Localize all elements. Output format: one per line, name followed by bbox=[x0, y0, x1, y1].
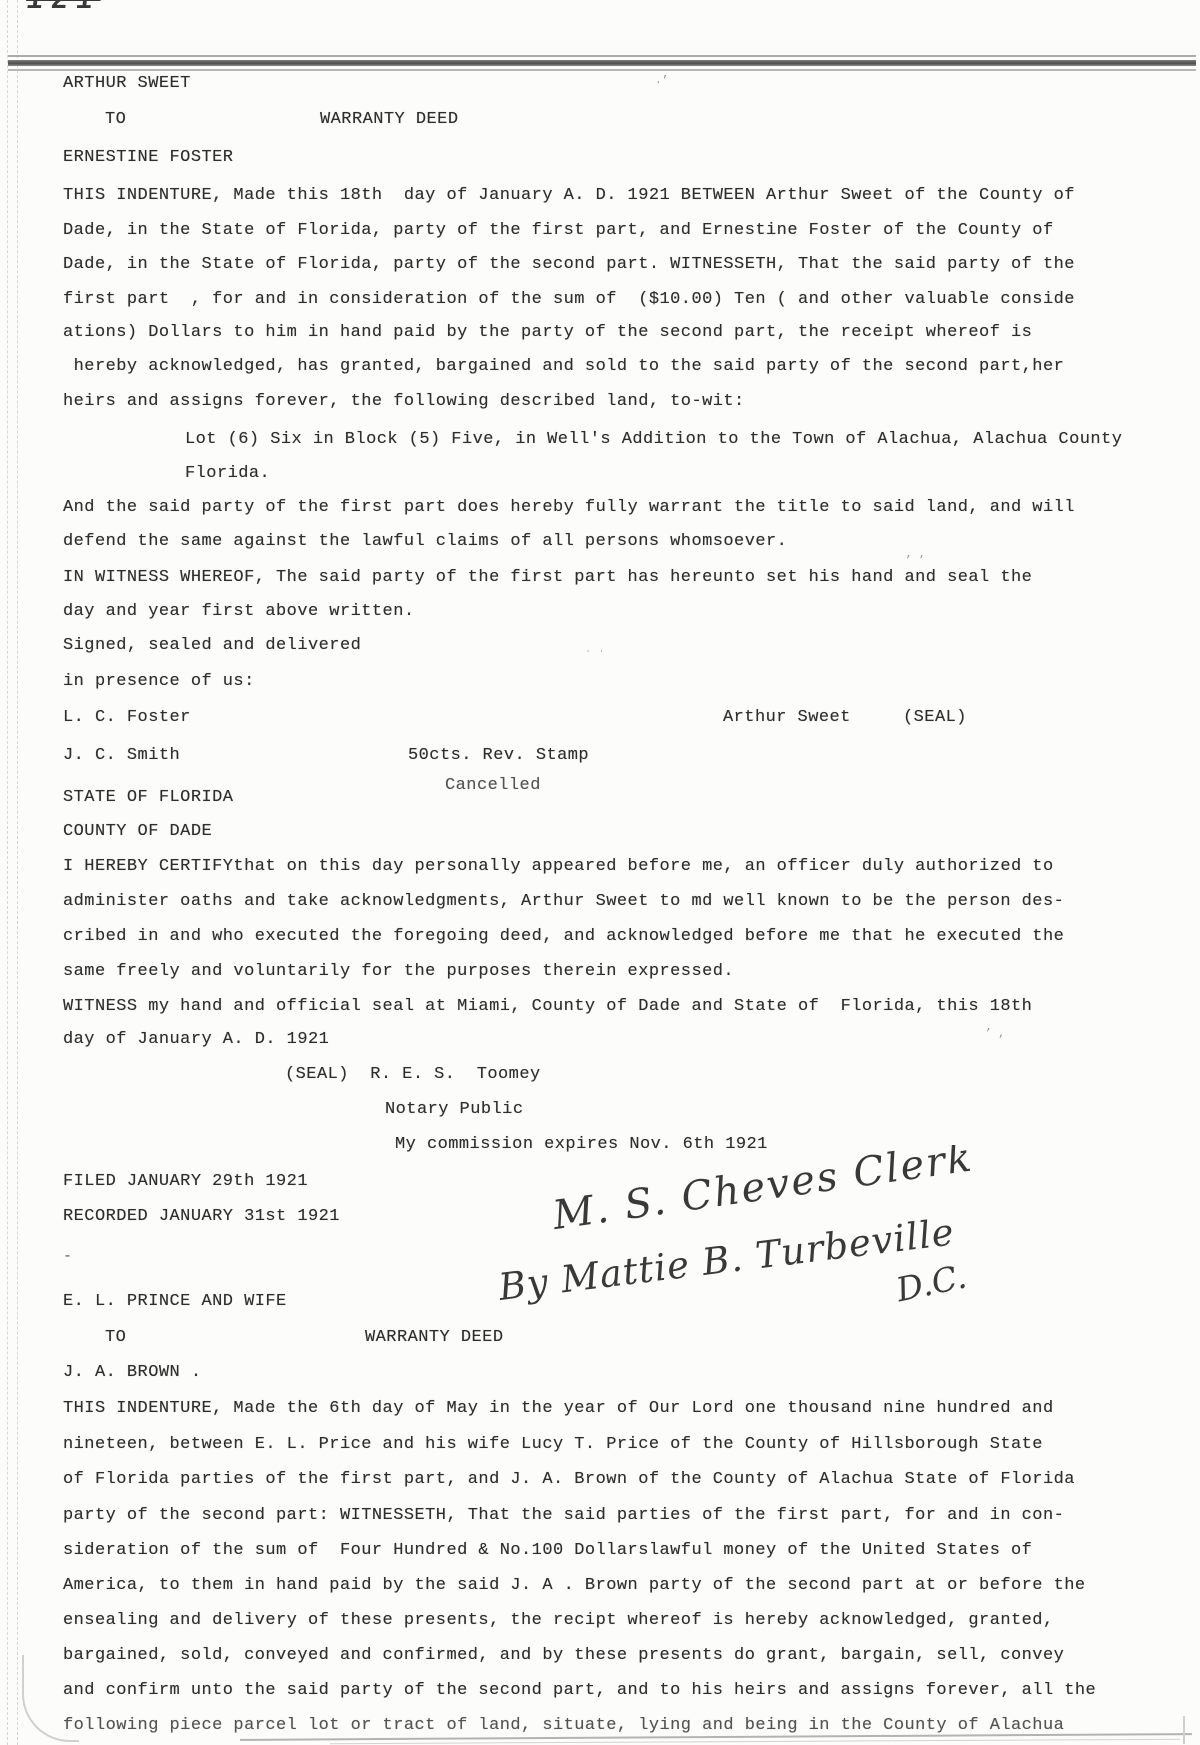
deed1-warranty-line: And the said party of the first part doe… bbox=[63, 498, 1075, 518]
deed1-body-line: ations) Dollars to him in hand paid by t… bbox=[63, 323, 1032, 343]
deed2-title: WARRANTY DEED bbox=[365, 1328, 503, 1348]
scan-speck: .’ bbox=[655, 75, 668, 87]
deed1-signer-name: Arthur Sweet bbox=[723, 708, 851, 728]
left-page-edge-line bbox=[7, 0, 8, 1745]
deed1-ack-line: administer oaths and take acknowledgment… bbox=[63, 892, 1064, 912]
deed1-presence: in presence of us: bbox=[63, 672, 255, 692]
deed2-grantor: E. L. PRINCE AND WIFE bbox=[63, 1292, 287, 1312]
left-page-edge-line-2 bbox=[17, 0, 18, 1745]
top-divider-rule bbox=[8, 55, 1196, 57]
deed1-filed-date: FILED JANUARY 29th 1921 bbox=[63, 1172, 308, 1192]
deed1-witness1-name: L. C. Foster bbox=[63, 708, 191, 728]
page-number: 121 bbox=[26, 0, 126, 16]
top-divider-rule-lower bbox=[8, 69, 1196, 71]
clerk-signature: M. S. Cheves Clerk By Mattie B. Turbevil… bbox=[470, 1145, 1000, 1320]
deed2-to-label: TO bbox=[105, 1328, 126, 1348]
deed1-warranty-line: defend the same against the lawful claim… bbox=[63, 532, 787, 552]
deed1-body-line: heirs and assigns forever, the following… bbox=[63, 392, 745, 412]
deed2-body-line: party of the second part: WITNESSETH, Th… bbox=[63, 1506, 1064, 1526]
deed1-body-line: THIS INDENTURE, Made this 18th day of Ja… bbox=[63, 186, 1075, 206]
deed1-to-label: TO bbox=[105, 110, 126, 130]
deed2-body-line: sideration of the sum of Four Hundred & … bbox=[63, 1541, 1032, 1561]
deed1-ack-witness-line: day of January A. D. 1921 bbox=[63, 1030, 329, 1050]
deed2-body-line: nineteen, between E. L. Price and his wi… bbox=[63, 1435, 1043, 1455]
scan-speck: ʿ ʿ bbox=[585, 650, 605, 662]
deed2-body-line: ensealing and delivery of these presents… bbox=[63, 1611, 1054, 1631]
deed1-grantee: ERNESTINE FOSTER bbox=[63, 148, 233, 168]
deed1-notary-seal-line: (SEAL) R. E. S. Toomey bbox=[285, 1065, 541, 1085]
deed2-body-line: bargained, sold, conveyed and confirmed,… bbox=[63, 1646, 1064, 1666]
scan-speck: ’ ’ bbox=[905, 555, 925, 567]
deed1-ack-line: I HEREBY CERTIFYthat on this day persona… bbox=[63, 857, 1054, 877]
deed1-revenue-stamp: 50cts. Rev. Stamp bbox=[408, 746, 589, 766]
deed1-witness-clause: day and year first above written. bbox=[63, 602, 415, 622]
deed1-land-description: Lot (6) Six in Block (5) Five, in Well's… bbox=[185, 430, 1122, 450]
deed1-ack-line: same freely and voluntarily for the purp… bbox=[63, 962, 734, 982]
deed1-land-description: Florida. bbox=[185, 464, 270, 484]
deed2-body-line: America, to them in hand paid by the sai… bbox=[63, 1576, 1086, 1596]
right-edge-tick bbox=[1183, 1716, 1185, 1744]
deed1-body-line: hereby acknowledged, has granted, bargai… bbox=[63, 357, 1064, 377]
deed1-seal-label: (SEAL) bbox=[903, 708, 967, 728]
deed1-notary-title: Notary Public bbox=[385, 1100, 523, 1120]
deed1-signed-sealed: Signed, sealed and delivered bbox=[63, 636, 361, 656]
deed1-stamp-cancelled: Cancelled bbox=[445, 776, 541, 796]
top-divider-rule-thick bbox=[8, 60, 1196, 66]
deed1-ack-county: COUNTY OF DADE bbox=[63, 822, 212, 842]
deed1-ack-line: cribed in and who executed the foregoing… bbox=[63, 927, 1064, 947]
deed1-body-line: Dade, in the State of Florida, party of … bbox=[63, 255, 1075, 275]
document-page: 121 ARTHUR SWEET TO WARRANTY DEED ERNEST… bbox=[0, 0, 1200, 1745]
deed1-body-line: Dade, in the State of Florida, party of … bbox=[63, 221, 1054, 241]
deed1-ack-state: STATE OF FLORIDA bbox=[63, 788, 233, 808]
deed1-witness-clause: IN WITNESS WHEREOF, The said party of th… bbox=[63, 568, 1032, 588]
deputy-initials-text: D.C. bbox=[892, 1257, 970, 1310]
deed1-grantor: ARTHUR SWEET bbox=[63, 74, 191, 94]
deed2-grantee: J. A. BROWN . bbox=[63, 1363, 201, 1383]
deed1-body-line: first part , for and in consideration of… bbox=[63, 290, 1075, 310]
deed2-body-line: and confirm unto the said party of the s… bbox=[63, 1681, 1096, 1701]
deed2-body-line: THIS INDENTURE, Made the 6th day of May … bbox=[63, 1399, 1054, 1419]
deed1-witness2-name: J. C. Smith bbox=[63, 746, 180, 766]
stray-mark: - bbox=[63, 1248, 72, 1265]
deed1-title: WARRANTY DEED bbox=[320, 110, 458, 130]
scan-speck: ’ , bbox=[985, 1028, 1005, 1040]
deed2-body-line: of Florida parties of the first part, an… bbox=[63, 1470, 1075, 1490]
deed1-ack-witness-line: WITNESS my hand and official seal at Mia… bbox=[63, 997, 1032, 1017]
deed2-body-line: following piece parcel lot or tract of l… bbox=[63, 1716, 1064, 1736]
page-corner-curve bbox=[22, 1655, 79, 1742]
deed1-recorded-date: RECORDED JANUARY 31st 1921 bbox=[63, 1207, 340, 1227]
